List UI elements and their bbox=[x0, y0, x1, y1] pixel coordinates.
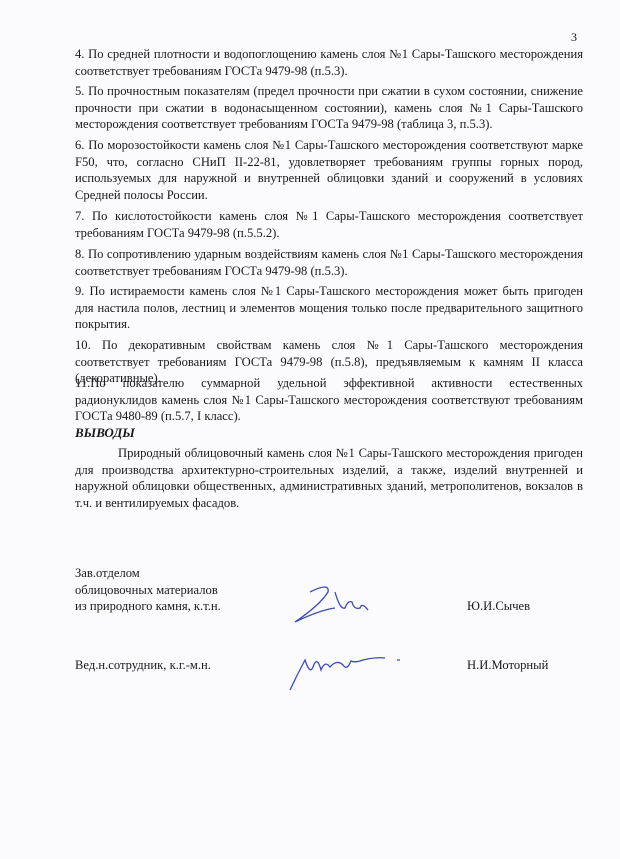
signature-2-icon bbox=[285, 645, 415, 695]
conclusions-heading: ВЫВОДЫ bbox=[75, 425, 135, 441]
page-number: 3 bbox=[571, 30, 577, 45]
finding-11: 11.По показателю суммарной удельной эффе… bbox=[75, 375, 583, 425]
signatory-1-name: Ю.И.Сычев bbox=[467, 598, 530, 615]
finding-6: 6. По морозостойкости камень слоя №1 Сар… bbox=[75, 137, 583, 203]
signatory-1-title: Зав.отделом облицовочных материалов из п… bbox=[75, 565, 221, 615]
signature-1-icon bbox=[290, 580, 390, 630]
finding-4: 4. По средней плотности и водопоглощению… bbox=[75, 46, 583, 79]
signatory-2-name: Н.И.Моторный bbox=[467, 657, 548, 674]
conclusions-text: Природный облицовочный камень слоя №1 Са… bbox=[75, 445, 583, 511]
finding-7: 7. По кислотостойкости камень слоя №1 Са… bbox=[75, 208, 583, 241]
finding-5: 5. По прочностным показателям (предел пр… bbox=[75, 83, 583, 133]
finding-9: 9. По истираемости камень слоя №1 Сары-Т… bbox=[75, 283, 583, 333]
signatory-2-title: Вед.н.сотрудник, к.г.-м.н. bbox=[75, 657, 211, 674]
finding-8: 8. По сопротивлению ударным воздействиям… bbox=[75, 246, 583, 279]
